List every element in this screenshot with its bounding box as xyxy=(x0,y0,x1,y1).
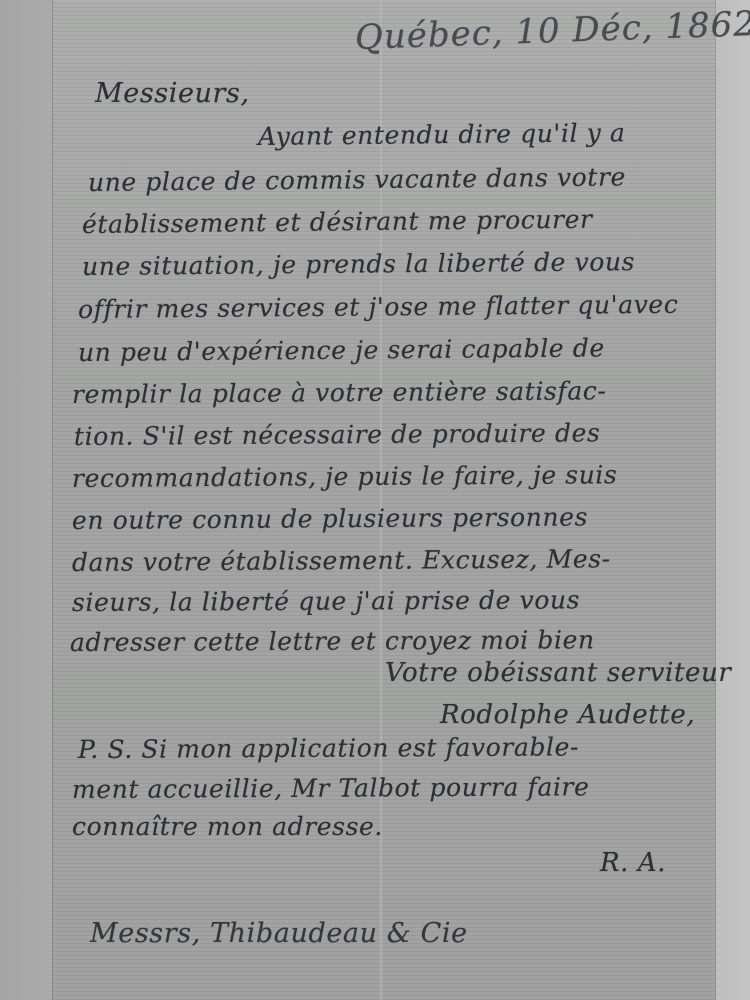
body-line-10: en outre connu de plusieurs personnes xyxy=(72,502,588,535)
body-line-9: recommandations, je puis le faire, je su… xyxy=(72,460,618,493)
body-line-5: offrir mes services et j'ose me flatter … xyxy=(78,290,679,324)
left-margin xyxy=(0,0,52,1000)
body-line-13: adresser cette lettre et croyez moi bien xyxy=(70,625,595,657)
body-line-4: une situation, je prends la liberté de v… xyxy=(82,247,635,281)
body-line-11: dans votre établissement. Excusez, Mes- xyxy=(72,544,611,577)
right-margin xyxy=(716,0,750,1000)
body-line-3: établissement et désirant me procurer xyxy=(82,205,593,239)
body-line-8: tion. S'il est nécessaire de produire de… xyxy=(74,418,601,451)
addressee: Messrs, Thibaudeau & Cie xyxy=(90,918,468,949)
salutation: Messieurs, xyxy=(95,78,250,109)
body-line-7: remplir la place à votre entière satisfa… xyxy=(72,376,607,409)
body-line-2: une place de commis vacante dans votre xyxy=(88,162,626,197)
closing-line: Votre obéissant serviteur xyxy=(385,658,731,688)
postscript-line-3: connaître mon adresse. xyxy=(72,812,383,841)
scanned-page: Québec, 10 Déc, 1862 Messieurs, Ayant en… xyxy=(0,0,750,1000)
body-line-1: Ayant entendu dire qu'il y a xyxy=(258,118,626,151)
initials: R. A. xyxy=(600,848,666,878)
postscript-line-1: P. S. Si mon application est favorable- xyxy=(78,732,579,764)
signature: Rodolphe Audette, xyxy=(440,700,695,730)
body-line-12: sieurs, la liberté que j'ai prise de vou… xyxy=(72,585,580,617)
postscript-line-2: ment accueillie, Mr Talbot pourra faire xyxy=(72,772,590,804)
body-line-6: un peu d'expérience je serai capable de xyxy=(78,333,605,367)
paper-fold-line xyxy=(380,0,382,1000)
